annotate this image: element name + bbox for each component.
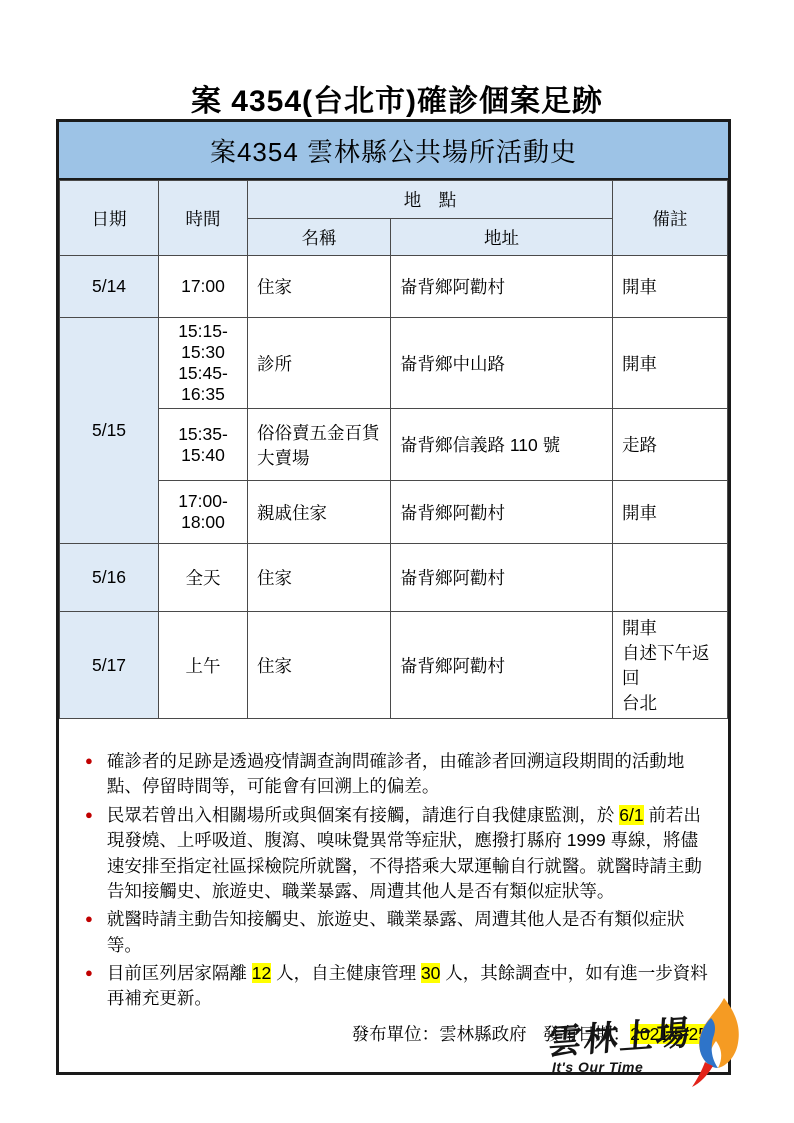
note-item: ● 民眾若曾出入相關場所或與個案有接觸，請進行自我健康監測，於 6/1 前若出現… — [85, 803, 708, 905]
cell-date: 5/14 — [60, 256, 159, 318]
bullet-icon: ● — [85, 806, 93, 905]
table-title: 案4354 雲林縣公共場所活動史 — [59, 122, 728, 180]
cell-date: 5/16 — [60, 544, 159, 612]
note-item: ● 就醫時請主動告知接觸史、旅遊史、職業暴露、周遭其他人是否有類似症狀等。 — [85, 907, 708, 958]
cell-remark: 開車 — [613, 318, 728, 409]
cell-time: 全天 — [159, 544, 248, 612]
logo-text: 雲林上場 — [546, 1005, 693, 1064]
cell-remark: 開車 自述下午返回 台北 — [613, 612, 728, 719]
header-location: 地 點 — [248, 181, 613, 219]
highlighted-count-isolation: 12 — [252, 963, 271, 983]
bullet-icon: ● — [85, 752, 93, 800]
bullet-icon: ● — [85, 964, 93, 1012]
note-segment: 目前匡列居家隔離 — [107, 963, 252, 983]
note-item: ● 目前匡列居家隔離 12 人，自主健康管理 30 人，其餘調查中，如有進一步資… — [85, 961, 708, 1012]
highlighted-count-management: 30 — [421, 963, 440, 983]
cell-name: 診所 — [248, 318, 391, 409]
bullet-icon: ● — [85, 910, 93, 958]
cell-address: 崙背鄉阿勸村 — [391, 544, 613, 612]
note-text: 就醫時請主動告知接觸史、旅遊史、職業暴露、周遭其他人是否有類似症狀等。 — [107, 907, 708, 958]
table-row: 5/15 15:15-15:30 15:45-16:35 診所 崙背鄉中山路 開… — [60, 318, 728, 409]
cell-time: 17:00 — [159, 256, 248, 318]
cell-address: 崙背鄉阿勸村 — [391, 256, 613, 318]
document-page: 案 4354(台北市)確診個案足跡 案4354 雲林縣公共場所活動史 日期 時間… — [0, 0, 794, 1123]
cell-time: 17:00-18:00 — [159, 481, 248, 544]
activity-history-box: 案4354 雲林縣公共場所活動史 日期 時間 地 點 備註 名稱 地址 — [56, 119, 731, 1075]
note-text: 民眾若曾出入相關場所或與個案有接觸，請進行自我健康監測，於 6/1 前若出現發燒… — [107, 803, 708, 905]
table-row: 5/14 17:00 住家 崙背鄉阿勸村 開車 — [60, 256, 728, 318]
notes-section: ● 確診者的足跡是透過疫情調查詢問確診者，由確診者回溯這段期間的活動地點、停留時… — [59, 719, 728, 1012]
cell-remark: 開車 — [613, 481, 728, 544]
cell-time: 15:15-15:30 15:45-16:35 — [159, 318, 248, 409]
cell-name: 住家 — [248, 544, 391, 612]
cell-date: 5/17 — [60, 612, 159, 719]
activity-table: 日期 時間 地 點 備註 名稱 地址 5/14 17:00 住家 崙背鄉阿勸村 … — [59, 180, 728, 719]
cell-time: 15:35-15:40 — [159, 409, 248, 481]
cell-remark: 走路 — [613, 409, 728, 481]
publisher-label: 發布單位：雲林縣政府 — [352, 1024, 527, 1044]
highlighted-date: 6/1 — [619, 805, 643, 825]
cell-time: 上午 — [159, 612, 248, 719]
cell-address: 崙背鄉阿勸村 — [391, 612, 613, 719]
note-segment: 民眾若曾出入相關場所或與個案有接觸，請進行自我健康監測，於 — [107, 805, 619, 825]
note-text: 目前匡列居家隔離 12 人，自主健康管理 30 人，其餘調查中，如有進一步資料再… — [107, 961, 708, 1012]
page-title: 案 4354(台北市)確診個案足跡 — [0, 76, 794, 120]
header-date: 日期 — [60, 181, 159, 256]
table-row: 5/17 上午 住家 崙背鄉阿勸村 開車 自述下午返回 台北 — [60, 612, 728, 719]
cell-name: 俗俗賣五金百貨 大賣場 — [248, 409, 391, 481]
cell-name: 住家 — [248, 256, 391, 318]
yunlin-logo: 雲林上場 It's Our Time — [548, 1010, 733, 1105]
cell-remark: 開車 — [613, 256, 728, 318]
table-row: 17:00-18:00 親戚住家 崙背鄉阿勸村 開車 — [60, 481, 728, 544]
header-remark: 備註 — [613, 181, 728, 256]
flame-icon — [691, 996, 743, 1088]
header-address: 地址 — [391, 219, 613, 256]
cell-name: 親戚住家 — [248, 481, 391, 544]
note-text: 確診者的足跡是透過疫情調查詢問確診者，由確診者回溯這段期間的活動地點、停留時間等… — [107, 749, 708, 800]
table-row: 5/16 全天 住家 崙背鄉阿勸村 — [60, 544, 728, 612]
note-segment: 人，自主健康管理 — [271, 963, 421, 983]
header-name: 名稱 — [248, 219, 391, 256]
cell-address: 崙背鄉中山路 — [391, 318, 613, 409]
cell-address: 崙背鄉信義路 110 號 — [391, 409, 613, 481]
cell-name: 住家 — [248, 612, 391, 719]
cell-address: 崙背鄉阿勸村 — [391, 481, 613, 544]
cell-remark — [613, 544, 728, 612]
header-time: 時間 — [159, 181, 248, 256]
note-item: ● 確診者的足跡是透過疫情調查詢問確診者，由確診者回溯這段期間的活動地點、停留時… — [85, 749, 708, 800]
table-row: 15:35-15:40 俗俗賣五金百貨 大賣場 崙背鄉信義路 110 號 走路 — [60, 409, 728, 481]
cell-date: 5/15 — [60, 318, 159, 544]
